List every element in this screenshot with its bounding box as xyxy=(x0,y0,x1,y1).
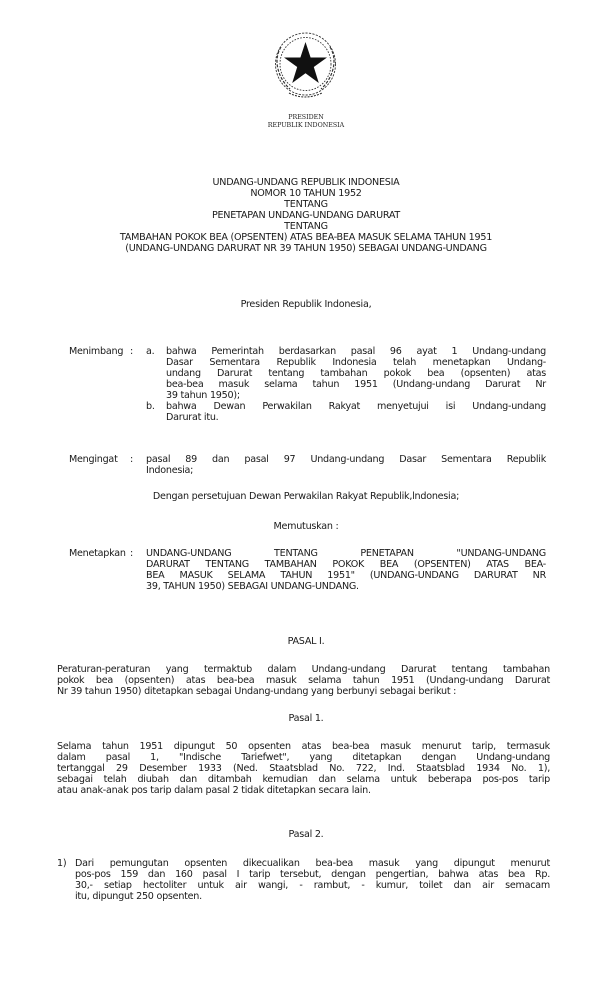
pasal-2-item-line: pos-pos 159 dan 160 pasal I tarip terseb… xyxy=(75,869,550,881)
mengingat-colon: : xyxy=(130,454,133,466)
menetapkan-label: Menetapkan xyxy=(69,548,126,560)
pasal-i-line: Nr 39 tahun 1950) ditetapkan sebagai Und… xyxy=(57,686,550,698)
presidential-emblem-icon xyxy=(269,27,342,102)
menimbang-a-line: bea-bea masuk selama tahun 1951 (Undang-… xyxy=(166,379,546,391)
title-line: TAMBAHAN POKOK BEA (OPSENTEN) ATAS BEA-B… xyxy=(0,232,612,244)
title-line: PENETAPAN UNDANG-UNDANG DARURAT xyxy=(0,210,612,222)
opening-line: Presiden Republik Indonesia, xyxy=(0,299,612,311)
title-line: NOMOR 10 TAHUN 1952 xyxy=(0,188,612,200)
menimbang-colon: : xyxy=(130,346,133,358)
pasal-1-line: tertanggal 29 Desember 1933 (Ned. Staats… xyxy=(57,763,550,775)
pasal-2-heading: Pasal 2. xyxy=(0,829,612,841)
pasal-1-line: sebagai telah diubah dan ditambah kemudi… xyxy=(57,774,550,786)
menimbang-marker-a: a. xyxy=(146,346,154,358)
menimbang-a-line: bahwa Pemerintah berdasarkan pasal 96 ay… xyxy=(166,346,546,358)
menimbang-a-line: undang Darurat tentang tambahan pokok be… xyxy=(166,368,546,380)
menimbang-a-line: 39 tahun 1950); xyxy=(166,390,546,402)
menetapkan-line: UNDANG-UNDANG TENTANG PENETAPAN "UNDANG-… xyxy=(146,548,546,560)
memutuskan-line: Memutuskan : xyxy=(0,521,612,533)
menimbang-a-line: Dasar Sementara Republik Indonesia telah… xyxy=(166,357,546,369)
menetapkan-line: DARURAT TENTANG TAMBAHAN POKOK BEA (OPSE… xyxy=(146,559,546,571)
pasal-1-line: Selama tahun 1951 dipungut 50 opsenten a… xyxy=(57,741,550,753)
title-line: TENTANG xyxy=(0,199,612,211)
document-page: PRESIDEN REPUBLIK INDONESIA UNDANG-UNDAN… xyxy=(0,0,612,1008)
pasal-i-line: Peraturan-peraturan yang termaktub dalam… xyxy=(57,664,550,676)
pasal-2-item-line: 30,- setiap hectoliter untuk air wangi, … xyxy=(75,880,550,892)
mengingat-line: pasal 89 dan pasal 97 Undang-undang Dasa… xyxy=(146,454,546,466)
pasal-i-heading: PASAL I. xyxy=(0,636,612,648)
emblem-caption-president: PRESIDEN xyxy=(0,114,612,122)
pasal-2-item-line: Dari pemungutan opsenten dikecualikan be… xyxy=(75,858,550,870)
menimbang-marker-b: b. xyxy=(146,401,155,413)
title-line: TENTANG xyxy=(0,221,612,233)
menetapkan-line: BEA MASUK SELAMA TAHUN 1951" (UNDANG-UND… xyxy=(146,570,546,582)
menetapkan-colon: : xyxy=(130,548,133,560)
pasal-1-line: atau anak-anak pos tarip dalam pasal 2 t… xyxy=(57,785,550,797)
pasal-2-item-number: 1) xyxy=(57,858,66,870)
menimbang-b-line: bahwa Dewan Perwakilan Rakyat menyetujui… xyxy=(166,401,546,413)
pasal-2-item-line: itu, dipungut 250 opsenten. xyxy=(75,891,550,903)
mengingat-line: Indonesia; xyxy=(146,465,546,477)
title-line: UNDANG-UNDANG REPUBLIK INDONESIA xyxy=(0,177,612,189)
pasal-1-line: dalam pasal 1, "Indische Tariefwet", yan… xyxy=(57,752,550,764)
menimbang-b-line: Darurat itu. xyxy=(166,412,546,424)
pasal-i-line: pokok bea (opsenten) atas bea-bea masuk … xyxy=(57,675,550,687)
persetujuan-line: Dengan persetujuan Dewan Perwakilan Raky… xyxy=(0,491,612,503)
title-line: (UNDANG-UNDANG DARURAT NR 39 TAHUN 1950)… xyxy=(0,243,612,255)
emblem-caption-republic: REPUBLIK INDONESIA xyxy=(0,122,612,130)
pasal-1-heading: Pasal 1. xyxy=(0,713,612,725)
menimbang-label: Menimbang xyxy=(69,346,123,358)
menetapkan-line: 39, TAHUN 1950) SEBAGAI UNDANG-UNDANG. xyxy=(146,581,546,593)
mengingat-label: Mengingat xyxy=(69,454,118,466)
